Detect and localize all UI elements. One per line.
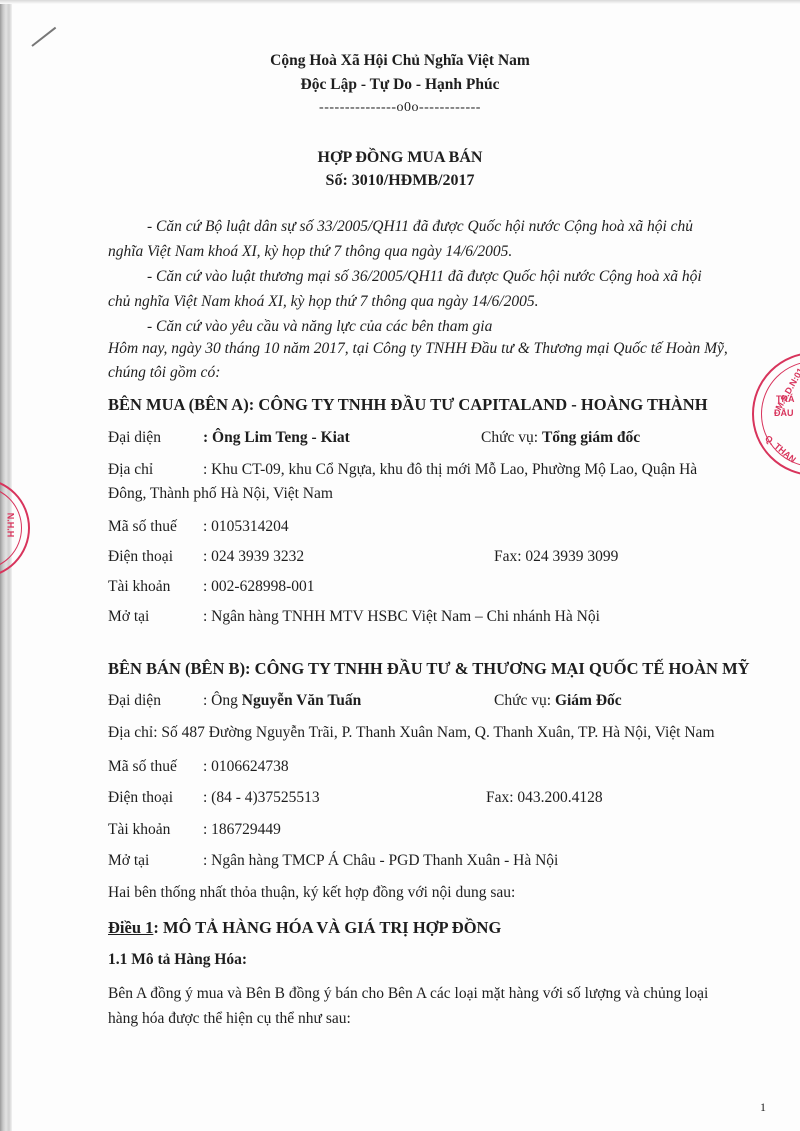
basis-3: - Căn cứ vào yêu cầu và năng lực của các… <box>147 318 492 336</box>
party-b-phone: Điện thoại: (84 - 4)37525513 <box>108 789 320 807</box>
rep-prefix: : Ông <box>203 692 242 709</box>
phone-value: : 024 3939 3232 <box>203 548 304 565</box>
today-line-2: chúng tôi gồm có: <box>108 364 220 382</box>
party-a-address-line-2: Đông, Thành phố Hà Nội, Việt Nam <box>108 485 333 503</box>
page-number: 1 <box>760 1100 766 1115</box>
party-b-bank: Mở tại: Ngân hàng TMCP Á Châu - PGD Than… <box>108 852 558 870</box>
nation-heading: Cộng Hoà Xã Hội Chủ Nghĩa Việt Nam <box>0 52 800 70</box>
party-b-fax: Fax: 043.200.4128 <box>486 789 603 807</box>
rep-name: Nguyễn Văn Tuấn <box>242 692 361 709</box>
bank-label: Mở tại <box>108 608 203 626</box>
agreement-intro: Hai bên thống nhất thỏa thuận, ký kết hợ… <box>108 884 515 902</box>
rep-label: Đại diện <box>108 429 203 447</box>
seal-text: M.S.D.N:01 <box>773 366 800 412</box>
contract-title: HỢP ĐỒNG MUA BÁN <box>0 149 800 167</box>
article-1-1-heading: 1.1 Mô tả Hàng Hóa: <box>108 951 247 969</box>
contract-number: Số: 3010/HĐMB/2017 <box>0 172 800 190</box>
party-b-address: Địa chỉ: Số 487 Đường Nguyễn Trãi, P. Th… <box>108 724 715 742</box>
separator: ---------------o0o------------ <box>0 100 800 116</box>
position-value: Tổng giám đốc <box>542 429 640 446</box>
tax-value: : 0106624738 <box>203 758 289 775</box>
party-a-address-line-1: Địa chỉ: Khu CT-09, khu Cổ Ngựa, khu đô … <box>108 461 697 479</box>
tax-value: : 0105314204 <box>203 518 289 535</box>
party-a-representative: Đại diện: Ông Lim Teng - Kiat <box>108 429 350 447</box>
party-a-account: Tài khoản: 002-628998-001 <box>108 578 315 596</box>
account-label: Tài khoản <box>108 578 203 596</box>
party-a-bank: Mở tại: Ngân hàng TNHH MTV HSBC Việt Nam… <box>108 608 600 626</box>
account-value: : 186729449 <box>203 821 281 838</box>
seal-text: ĐẦU <box>774 408 794 418</box>
contract-page: Cộng Hoà Xã Hội Chủ Nghĩa Việt Nam Độc L… <box>0 0 800 1131</box>
seal-text: TRÁ <box>776 394 795 404</box>
party-a-position: Chức vụ: Tổng giám đốc <box>481 429 640 447</box>
address-label: Địa chỉ <box>108 461 203 479</box>
seal-text: N.H.H <box>5 513 15 538</box>
bank-value: : Ngân hàng TMCP Á Châu - PGD Thanh Xuân… <box>203 852 558 869</box>
position-value: Giám Đốc <box>555 692 622 709</box>
phone-value: : (84 - 4)37525513 <box>203 789 320 806</box>
basis-2-line-1: - Căn cứ vào luật thương mại số 36/2005/… <box>147 268 702 286</box>
party-a-fax: Fax: 024 3939 3099 <box>494 548 618 566</box>
account-label: Tài khoản <box>108 821 203 839</box>
article-1-title: : MÔ TẢ HÀNG HÓA VÀ GIÁ TRỊ HỢP ĐỒNG <box>153 918 501 937</box>
today-line-1: Hôm nay, ngày 30 tháng 10 năm 2017, tại … <box>108 340 728 358</box>
party-b-representative: Đại diện: Ông Nguyễn Văn Tuấn <box>108 692 361 710</box>
rep-value: : Ông Lim Teng - Kiat <box>203 429 350 446</box>
bank-value: : Ngân hàng TNHH MTV HSBC Việt Nam – Chi… <box>203 608 600 625</box>
position-label: Chức vụ: <box>494 692 555 709</box>
party-b-tax: Mã số thuế: 0106624738 <box>108 758 289 776</box>
article-1-body-line-1: Bên A đồng ý mua và Bên B đồng ý bán cho… <box>108 985 708 1003</box>
address-value: : Khu CT-09, khu Cổ Ngựa, khu đô thị mới… <box>203 461 697 478</box>
position-label: Chức vụ: <box>481 429 542 446</box>
basis-1-line-1: - Căn cứ Bộ luật dân sự số 33/2005/QH11 … <box>147 218 693 236</box>
party-a-tax: Mã số thuế: 0105314204 <box>108 518 289 536</box>
tax-label: Mã số thuế <box>108 758 203 776</box>
basis-1-line-2: nghĩa Việt Nam khoá XI, kỳ họp thứ 7 thô… <box>108 243 512 261</box>
party-a-phone: Điện thoại: 024 3939 3232 <box>108 548 304 566</box>
motto: Độc Lập - Tự Do - Hạnh Phúc <box>0 76 800 94</box>
party-b-account: Tài khoản: 186729449 <box>108 821 281 839</box>
tax-label: Mã số thuế <box>108 518 203 536</box>
basis-2-line-2: chủ nghĩa Việt Nam khoá XI, kỳ họp thứ 7… <box>108 293 538 311</box>
article-1-body-line-2: hàng hóa được thể hiện cụ thể như sau: <box>108 1010 351 1028</box>
article-1-heading: Điều 1: MÔ TẢ HÀNG HÓA VÀ GIÁ TRỊ HỢP ĐỒ… <box>108 918 501 938</box>
rep-label: Đại diện <box>108 692 203 710</box>
article-1-label: Điều 1 <box>108 918 153 937</box>
bank-label: Mở tại <box>108 852 203 870</box>
account-value: : 002-628998-001 <box>203 578 315 595</box>
party-b-position: Chức vụ: Giám Đốc <box>494 692 622 710</box>
party-a-heading: BÊN MUA (BÊN A): CÔNG TY TNHH ĐẦU TƯ CAP… <box>108 395 708 415</box>
phone-label: Điện thoại <box>108 548 203 566</box>
party-b-heading: BÊN BÁN (BÊN B): CÔNG TY TNHH ĐẦU TƯ & T… <box>108 659 750 679</box>
phone-label: Điện thoại <box>108 789 203 807</box>
